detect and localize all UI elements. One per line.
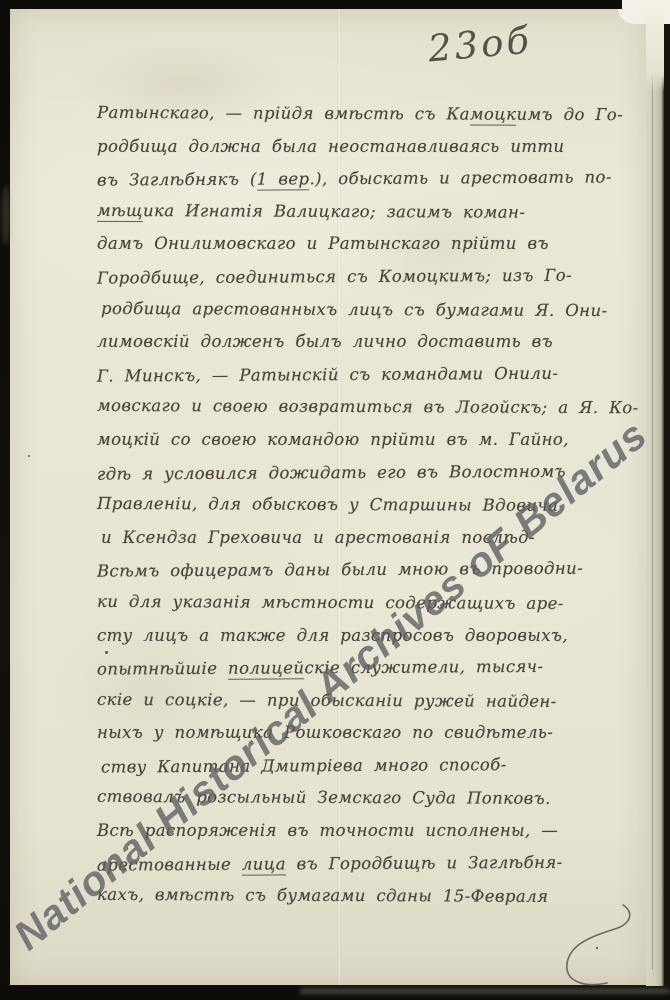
manuscript-line: въ Заглѣбнякъ (1 вер.), обыскать и арест… bbox=[97, 162, 609, 198]
archival-document-scan: 23об Ратынскаго, — прійдя вмѣстѣ съ Камо… bbox=[0, 0, 670, 1000]
scanner-edge-left bbox=[0, 0, 10, 1000]
underlined-word: лица bbox=[242, 854, 286, 875]
page-fore-edge bbox=[646, 18, 664, 986]
underlined-word: полицей bbox=[228, 658, 305, 679]
manuscript-line: гдѣ я условился дожидать его въ Волостно… bbox=[97, 455, 609, 491]
manuscript-line: мѣщика Игнатія Валицкаго; засимъ коман- bbox=[97, 195, 609, 230]
scanner-edge-smudge bbox=[2, 185, 10, 245]
underlined-word: мѣщ bbox=[97, 201, 143, 222]
manuscript-line: арестованные лица въ Городбищѣ и Заглѣбн… bbox=[97, 846, 609, 882]
manuscript-line: Всѣмъ офицерамъ даны были мною въ провод… bbox=[97, 553, 609, 589]
signature-flourish bbox=[545, 891, 645, 996]
manuscript-line: ки для указанія мѣстности содержащихъ ар… bbox=[97, 586, 609, 621]
manuscript-line: кахъ, вмѣстѣ съ бумагами сданы 15-Феврал… bbox=[97, 879, 609, 914]
manuscript-line: родбища арестованныхъ лицъ съ бумагами Я… bbox=[97, 292, 609, 327]
manuscript-line: мовскаго и своею возвратиться въ Логойск… bbox=[97, 390, 609, 425]
manuscript-line: ству Капитана Дмитріева много способ- bbox=[97, 748, 609, 784]
folio-number: 23об bbox=[426, 19, 533, 71]
manuscript-line: ныхъ у помѣщика Рошковскаго по свидѣтель… bbox=[97, 717, 609, 750]
ink-speck bbox=[28, 455, 30, 457]
underlined-word: 1 вер bbox=[257, 169, 310, 190]
manuscript-line: лимовскій долженъ былъ лично доставить в… bbox=[97, 326, 609, 359]
page-edge-crease bbox=[652, 30, 653, 970]
scanner-edge-top bbox=[0, 0, 622, 9]
underlined-word: моцк bbox=[470, 105, 517, 126]
page-corner-highlight bbox=[646, 0, 664, 92]
manuscript-line: дамъ Онилимовскаго и Ратынскаго прійти в… bbox=[97, 228, 609, 261]
manuscript-line: моцкій со своею командою прійти въ м. Га… bbox=[97, 424, 609, 457]
manuscript-line: Г. Минскъ, — Ратынскій съ командами Онил… bbox=[97, 357, 609, 393]
manuscript-line: родбища должна была неостанавливаясь итт… bbox=[97, 131, 609, 164]
scanner-edge-blur bbox=[300, 988, 670, 994]
manuscript-line: Городбище, соединиться съ Комоцкимъ; изъ… bbox=[97, 259, 609, 295]
manuscript-line: Ратынскаго, — прійдя вмѣстѣ съ Камоцкимъ… bbox=[97, 97, 609, 132]
